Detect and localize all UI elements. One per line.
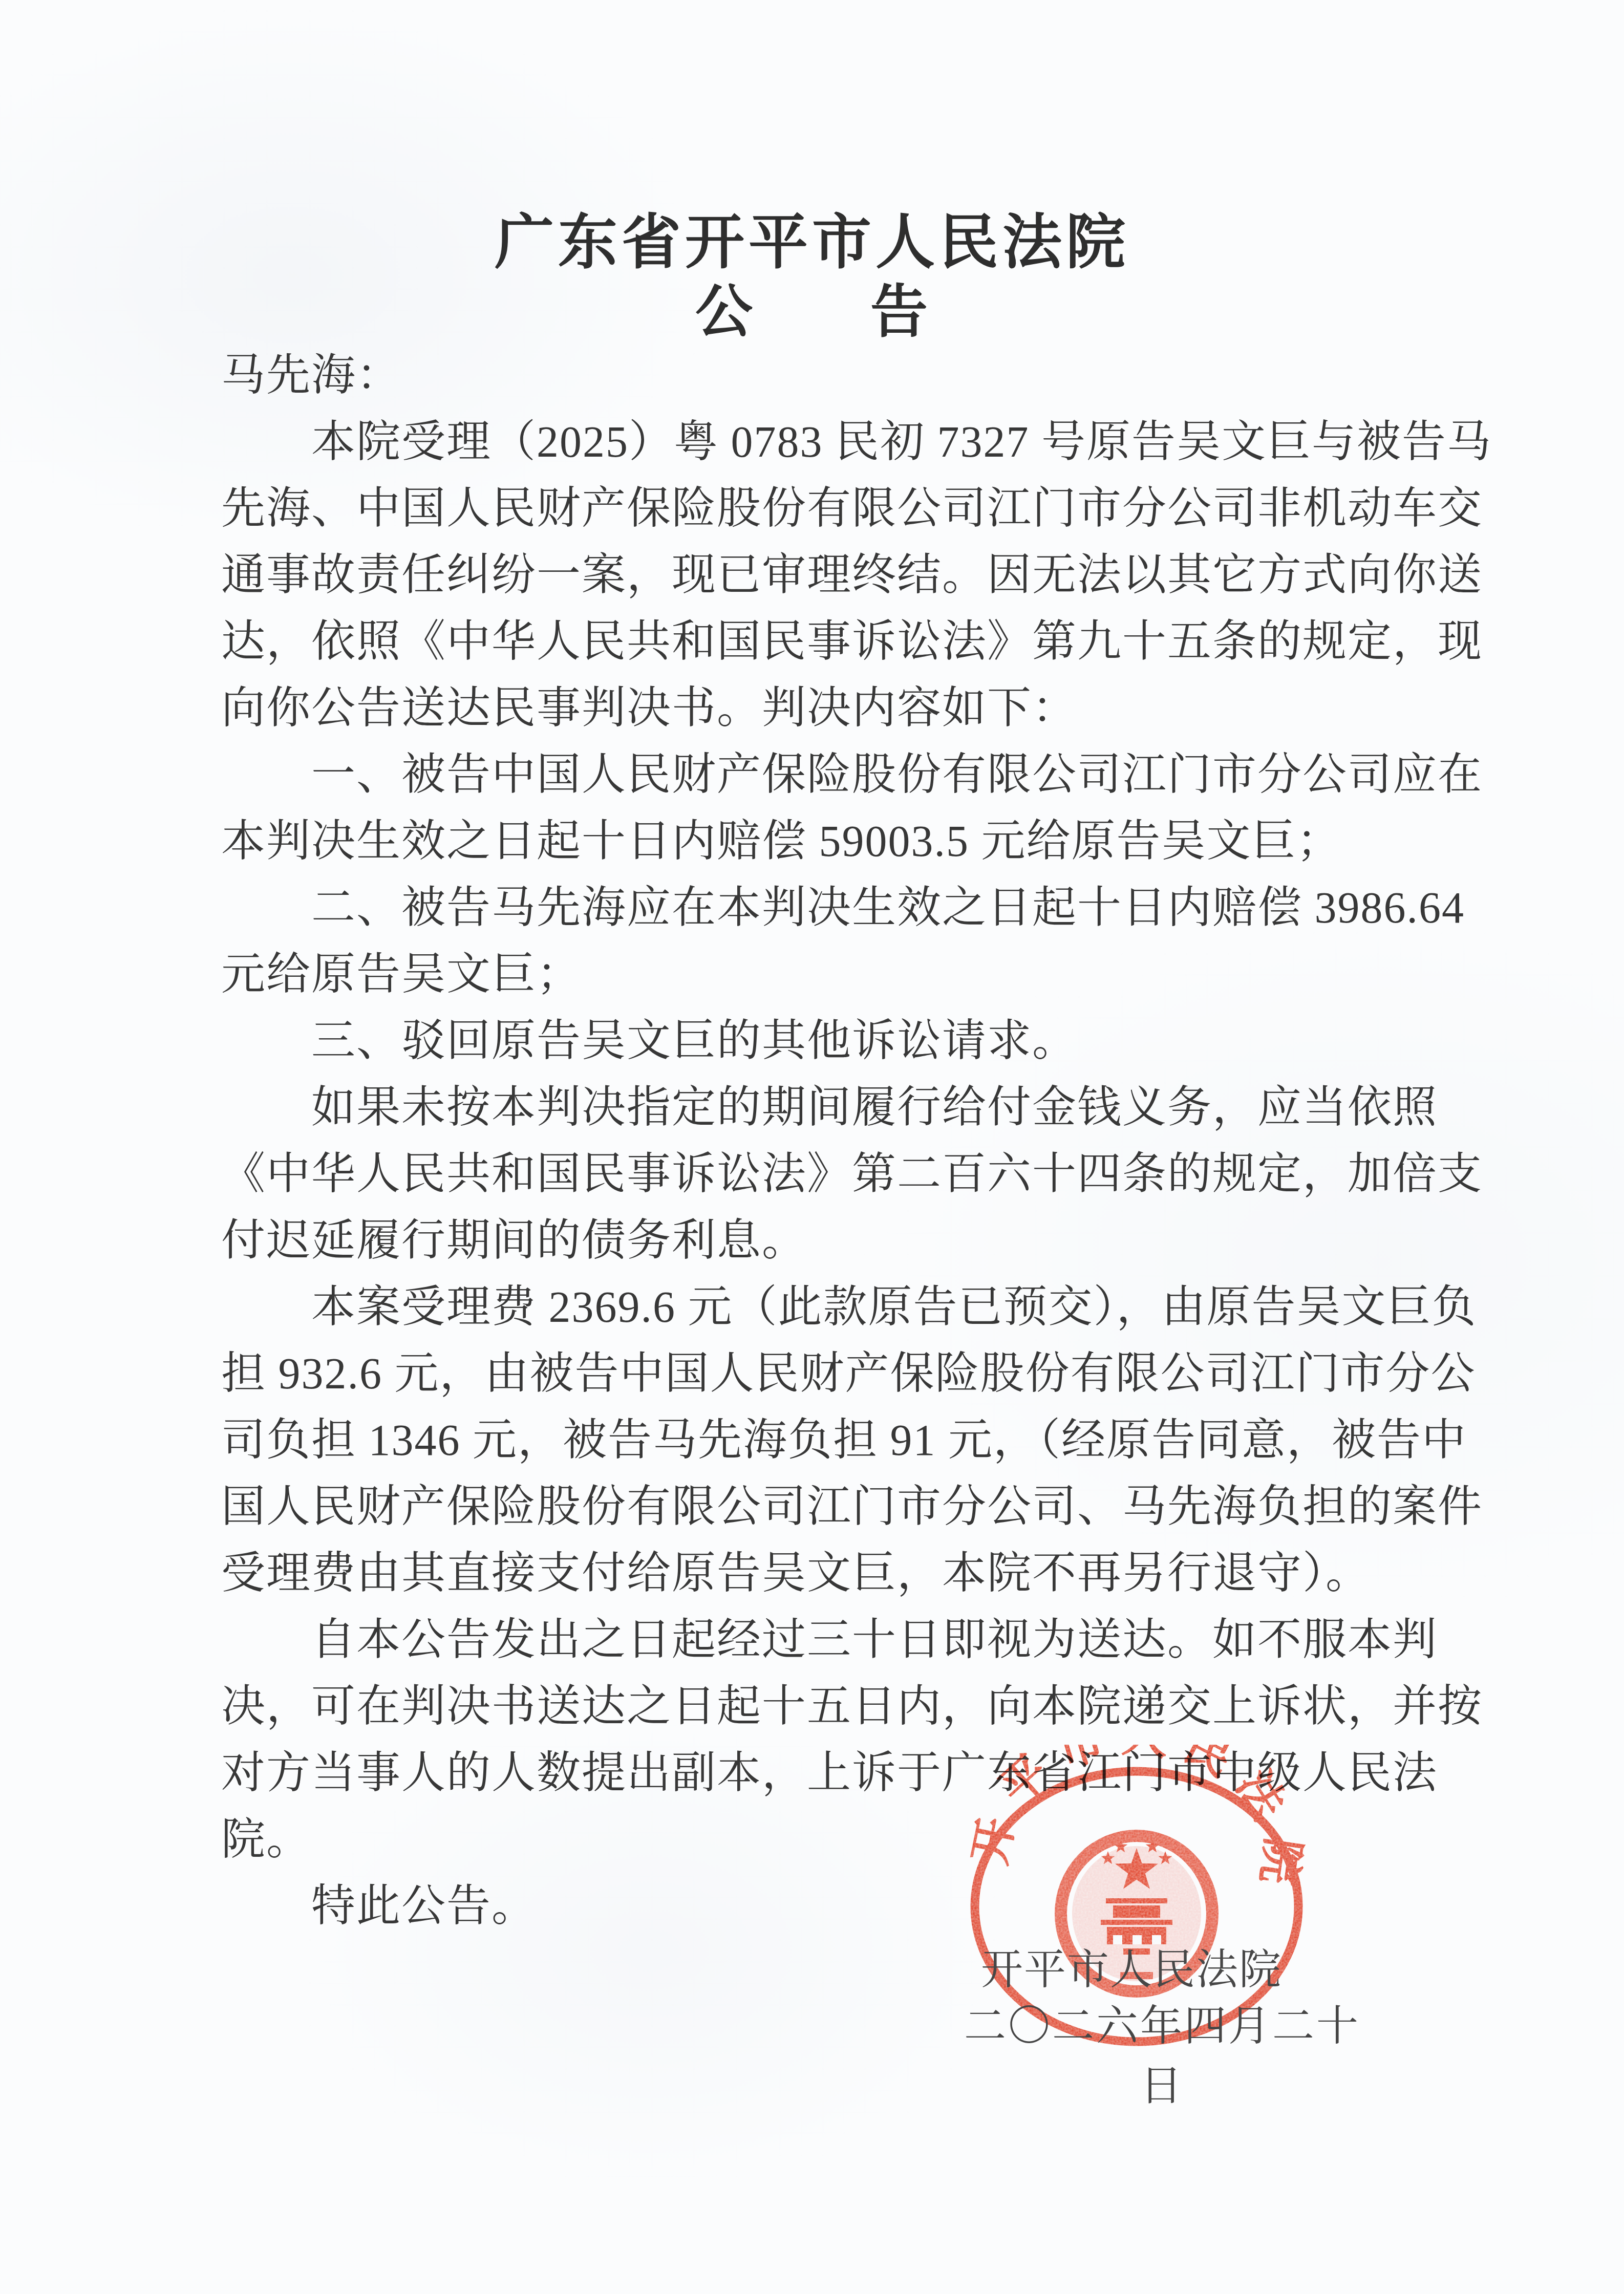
- text-line: 达，依照《中华人民共和国民事诉讼法》第九十五条的规定，现: [221, 608, 1450, 675]
- emblem-gate-roof: [1106, 1898, 1167, 1903]
- text-line: 本案受理费 2369.6 元（此款原告已预交），由原告吴文巨负: [221, 1274, 1450, 1340]
- emblem-gate-upper: [1113, 1905, 1160, 1918]
- text-line: 自本公告发出之日起经过三十日即视为送达。如不服本判: [221, 1606, 1450, 1673]
- text-line: 先海、中国人民财产保险股份有限公司江门市分公司非机动车交: [221, 475, 1450, 542]
- emblem-gate-platform: [1101, 1920, 1172, 1925]
- text-line: 担 932.6 元，由被告中国人民财产保险股份有限公司江门市分公: [221, 1340, 1450, 1407]
- recipient-line: 马先海：: [221, 342, 1450, 409]
- announcement-date: 二〇二六年四月二十日: [963, 1992, 1362, 2112]
- court-announcement-page: 广东省开平市人民法院 公 告 马先海： 本院受理（2025）粤 0783 民初 …: [0, 0, 1624, 2294]
- text-line: 司负担 1346 元，被告马先海负担 91 元，（经原告同意，被告中: [221, 1407, 1450, 1473]
- text-line: 三、驳回原告吴文巨的其他诉讼请求。: [221, 1007, 1450, 1074]
- text-line: 本判决生效之日起十日内赔偿 59003.5 元给原告吴文巨；: [221, 808, 1450, 874]
- text-line: 一、被告中国人民财产保险股份有限公司江门市分公司应在: [221, 741, 1450, 808]
- text-line: 元给原告吴文巨；: [221, 941, 1450, 1007]
- text-line: 通事故责任纠纷一案，现已审理终结。因无法以其它方式向你送: [221, 542, 1450, 608]
- text-line: 决，可在判决书送达之日起十五日内，向本院递交上诉状，并按: [221, 1673, 1450, 1740]
- text-line: 国人民财产保险股份有限公司江门市分公司、马先海负担的案件: [221, 1473, 1450, 1540]
- text-line: 受理费由其直接支付给原告吴文巨，本院不再另行退守）。: [221, 1540, 1450, 1606]
- signing-court-name: 开平市人民法院: [963, 1936, 1300, 1996]
- announcement-body: 马先海： 本院受理（2025）粤 0783 民初 7327 号原告吴文巨与被告马…: [221, 342, 1450, 1939]
- text-line: 本院受理（2025）粤 0783 民初 7327 号原告吴文巨与被告马: [221, 409, 1450, 475]
- text-line: 二、被告马先海应在本判决生效之日起十日内赔偿 3986.64: [221, 874, 1450, 941]
- text-line: 付迟延履行期间的债务利息。: [221, 1207, 1450, 1274]
- text-line: 如果未按本判决指定的期间履行给付金钱义务，应当依照: [221, 1074, 1450, 1141]
- document-type-heading: 公 告: [0, 266, 1624, 349]
- text-line: 《中华人民共和国民事诉讼法》第二百六十四条的规定，加倍支: [221, 1141, 1450, 1207]
- text-line: 向你公告送达民事判决书。判决内容如下：: [221, 675, 1450, 741]
- body-lines: 本院受理（2025）粤 0783 民初 7327 号原告吴文巨与被告马先海、中国…: [221, 409, 1450, 1939]
